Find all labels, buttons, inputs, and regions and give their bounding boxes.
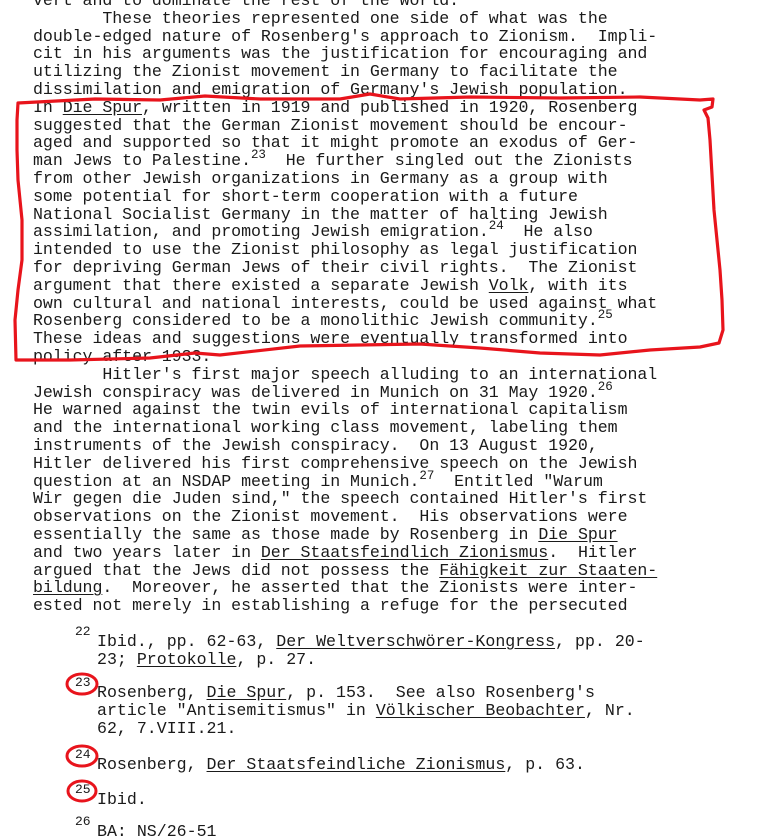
line-text: and the international working class move…	[33, 418, 618, 437]
line-text: In	[33, 98, 63, 117]
footnote-text: article "Antisemitismus" in	[97, 701, 376, 720]
line-text: double-edged nature of Rosenberg's appro…	[33, 27, 657, 46]
line-text: , written in 1919 and published in 1920,…	[142, 98, 637, 117]
line-text: . Moreover, he asserted that the Zionist…	[102, 578, 637, 597]
line-text: cit in his arguments was the justificati…	[33, 44, 647, 63]
footnote-ref: 25	[598, 308, 613, 322]
footnote-number: 26	[75, 815, 91, 829]
footnote-line: Rosenberg, Die Spur, p. 153. See also Ro…	[97, 684, 595, 702]
footnote-text: Rosenberg,	[97, 683, 207, 702]
line-text: from other Jewish organizations in Germa…	[33, 169, 608, 188]
body-line: National Socialist Germany in the matter…	[33, 206, 608, 224]
line-text: , with its	[528, 276, 627, 295]
line-text: own cultural and national interests, cou…	[33, 294, 657, 313]
footnote-number: 24	[75, 748, 91, 762]
line-text: ested not merely in establishing a refug…	[33, 596, 627, 615]
line-text: argument that there existed a separate J…	[33, 276, 489, 295]
footnote-ref: 23	[251, 148, 266, 162]
body-line: instruments of the Jewish conspiracy. On…	[33, 437, 598, 455]
line-text: suggested that the German Zionist moveme…	[33, 116, 627, 135]
body-line: These ideas and suggestions were eventua…	[33, 330, 627, 348]
footnote-text: Ibid.	[97, 790, 147, 809]
footnote-text: , Nr.	[585, 701, 635, 720]
footnote-line: Ibid., pp. 62-63, Der Weltverschwörer-Ko…	[97, 633, 645, 651]
footnote-text: 23;	[97, 650, 137, 669]
footnote-text: , p. 63.	[505, 755, 585, 774]
line-text: essentially the same as those made by Ro…	[33, 525, 538, 544]
footnote-line: 23; Protokolle, p. 27.	[97, 651, 316, 669]
line-text: Hitler delivered his first comprehensive…	[33, 454, 637, 473]
body-line: These theories represented one side of w…	[33, 10, 608, 28]
footnote-number: 23	[75, 676, 91, 690]
body-line: cit in his arguments was the justificati…	[33, 45, 647, 63]
line-text: These theories represented one side of w…	[33, 9, 608, 28]
line-text: utilizing the Zionist movement in German…	[33, 62, 618, 81]
line-text: He warned against the twin evils of inte…	[33, 400, 627, 419]
line-text: Wir gegen die Juden sind," the speech co…	[33, 489, 647, 508]
line-text: aged and supported so that it might prom…	[33, 133, 637, 152]
line-text: Hitler's first major speech alluding to …	[33, 365, 657, 384]
body-line: In Die Spur, written in 1919 and publish…	[33, 99, 637, 117]
footnote-text: 62, 7.VIII.21.	[97, 719, 236, 738]
body-line: policy after 1933.	[33, 348, 211, 366]
footnote-text: Rosenberg,	[97, 755, 207, 774]
body-line: observations on the Zionist movement. Hi…	[33, 508, 627, 526]
body-line: from other Jewish organizations in Germa…	[33, 170, 608, 188]
line-text: Rosenberg considered to be a monolithic …	[33, 311, 598, 330]
body-line: Wir gegen die Juden sind," the speech co…	[33, 490, 647, 508]
body-line: double-edged nature of Rosenberg's appro…	[33, 28, 657, 46]
body-line: dissimilation and emigration of Germany'…	[33, 81, 627, 99]
line-text: . Hitler	[548, 543, 637, 562]
underlined-title: Fähigkeit zur Staaten-	[439, 561, 657, 580]
line-text: for depriving German Jews of their civil…	[33, 258, 637, 277]
footnote-line: Ibid.	[97, 791, 147, 809]
body-line: essentially the same as those made by Ro…	[33, 526, 618, 544]
line-text: and two years later in	[33, 543, 261, 562]
body-line: ested not merely in establishing a refug…	[33, 597, 627, 615]
footnote-ref: 27	[419, 469, 434, 483]
body-line: some potential for short-term cooperatio…	[33, 188, 578, 206]
line-text: policy after 1933.	[33, 347, 211, 366]
footnote-line: BA: NS/26-51	[97, 823, 217, 837]
footnote-text: , pp. 20-	[555, 632, 645, 651]
underlined-title: Völkischer Beobachter	[376, 701, 585, 720]
body-line: suggested that the German Zionist moveme…	[33, 117, 627, 135]
line-text: dissimilation and emigration of Germany'…	[33, 80, 627, 99]
underlined-title: Volk	[489, 276, 529, 295]
body-line: own cultural and national interests, cou…	[33, 295, 657, 313]
line-text: man Jews to Palestine.	[33, 151, 251, 170]
footnote-number: 25	[75, 783, 91, 797]
underlined-title: Die Spur	[207, 683, 287, 702]
line-text: argued that the Jews did not possess the	[33, 561, 439, 580]
line-text: These ideas and suggestions were eventua…	[33, 329, 627, 348]
line-text: observations on the Zionist movement. Hi…	[33, 507, 627, 526]
line-text: He also	[504, 222, 593, 241]
underlined-title: Die Spur	[63, 98, 142, 117]
footnote-ref: 26	[598, 380, 613, 394]
body-line: intended to use the Zionist philosophy a…	[33, 241, 637, 259]
footnote-text: BA: NS/26-51	[97, 822, 217, 837]
underlined-title: Der Staatsfeindlich Zionismus	[261, 543, 548, 562]
line-text: assimilation, and promoting Jewish emigr…	[33, 222, 489, 241]
body-line: and two years later in Der Staatsfeindli…	[33, 544, 637, 562]
line-text: Entitled "Warum	[434, 472, 602, 491]
footnote-ref: 24	[489, 219, 504, 233]
body-line: for depriving German Jews of their civil…	[33, 259, 637, 277]
line-text: some potential for short-term cooperatio…	[33, 187, 578, 206]
line-text: Jewish conspiracy was delivered in Munic…	[33, 383, 598, 402]
body-line: and the international working class move…	[33, 419, 618, 437]
underlined-title: Der Staatsfeindliche Zionismus	[207, 755, 506, 774]
line-text: intended to use the Zionist philosophy a…	[33, 240, 637, 259]
footnote-line: Rosenberg, Der Staatsfeindliche Zionismu…	[97, 756, 585, 774]
line-text: question at an NSDAP meeting in Munich.	[33, 472, 419, 491]
underlined-title: Protokolle	[137, 650, 237, 669]
footnote-line: article "Antisemitismus" in Völkischer B…	[97, 702, 635, 720]
document-page: vert and to dominate the rest of the wor…	[0, 0, 770, 837]
footnote-text: , p. 153. See also Rosenberg's	[286, 683, 595, 702]
body-line: He warned against the twin evils of inte…	[33, 401, 627, 419]
underlined-title: bildung	[33, 578, 102, 597]
underlined-title: Die Spur	[538, 525, 617, 544]
footnote-line: 62, 7.VIII.21.	[97, 720, 236, 738]
body-line: utilizing the Zionist movement in German…	[33, 63, 618, 81]
footnote-text: , p. 27.	[236, 650, 316, 669]
line-text: instruments of the Jewish conspiracy. On…	[33, 436, 598, 455]
body-line: Hitler delivered his first comprehensive…	[33, 455, 637, 473]
line-text: National Socialist Germany in the matter…	[33, 205, 608, 224]
body-line: Hitler's first major speech alluding to …	[33, 366, 657, 384]
body-line: aged and supported so that it might prom…	[33, 134, 637, 152]
body-line: argument that there existed a separate J…	[33, 277, 628, 295]
line-text: He further singled out the Zionists	[266, 151, 633, 170]
body-line: argued that the Jews did not possess the…	[33, 562, 657, 580]
body-line: bildung. Moreover, he asserted that the …	[33, 579, 637, 597]
underlined-title: Der Weltverschwörer-Kongress	[276, 632, 555, 651]
footnote-text: Ibid., pp. 62-63,	[97, 632, 276, 651]
footnote-number: 22	[75, 625, 91, 639]
